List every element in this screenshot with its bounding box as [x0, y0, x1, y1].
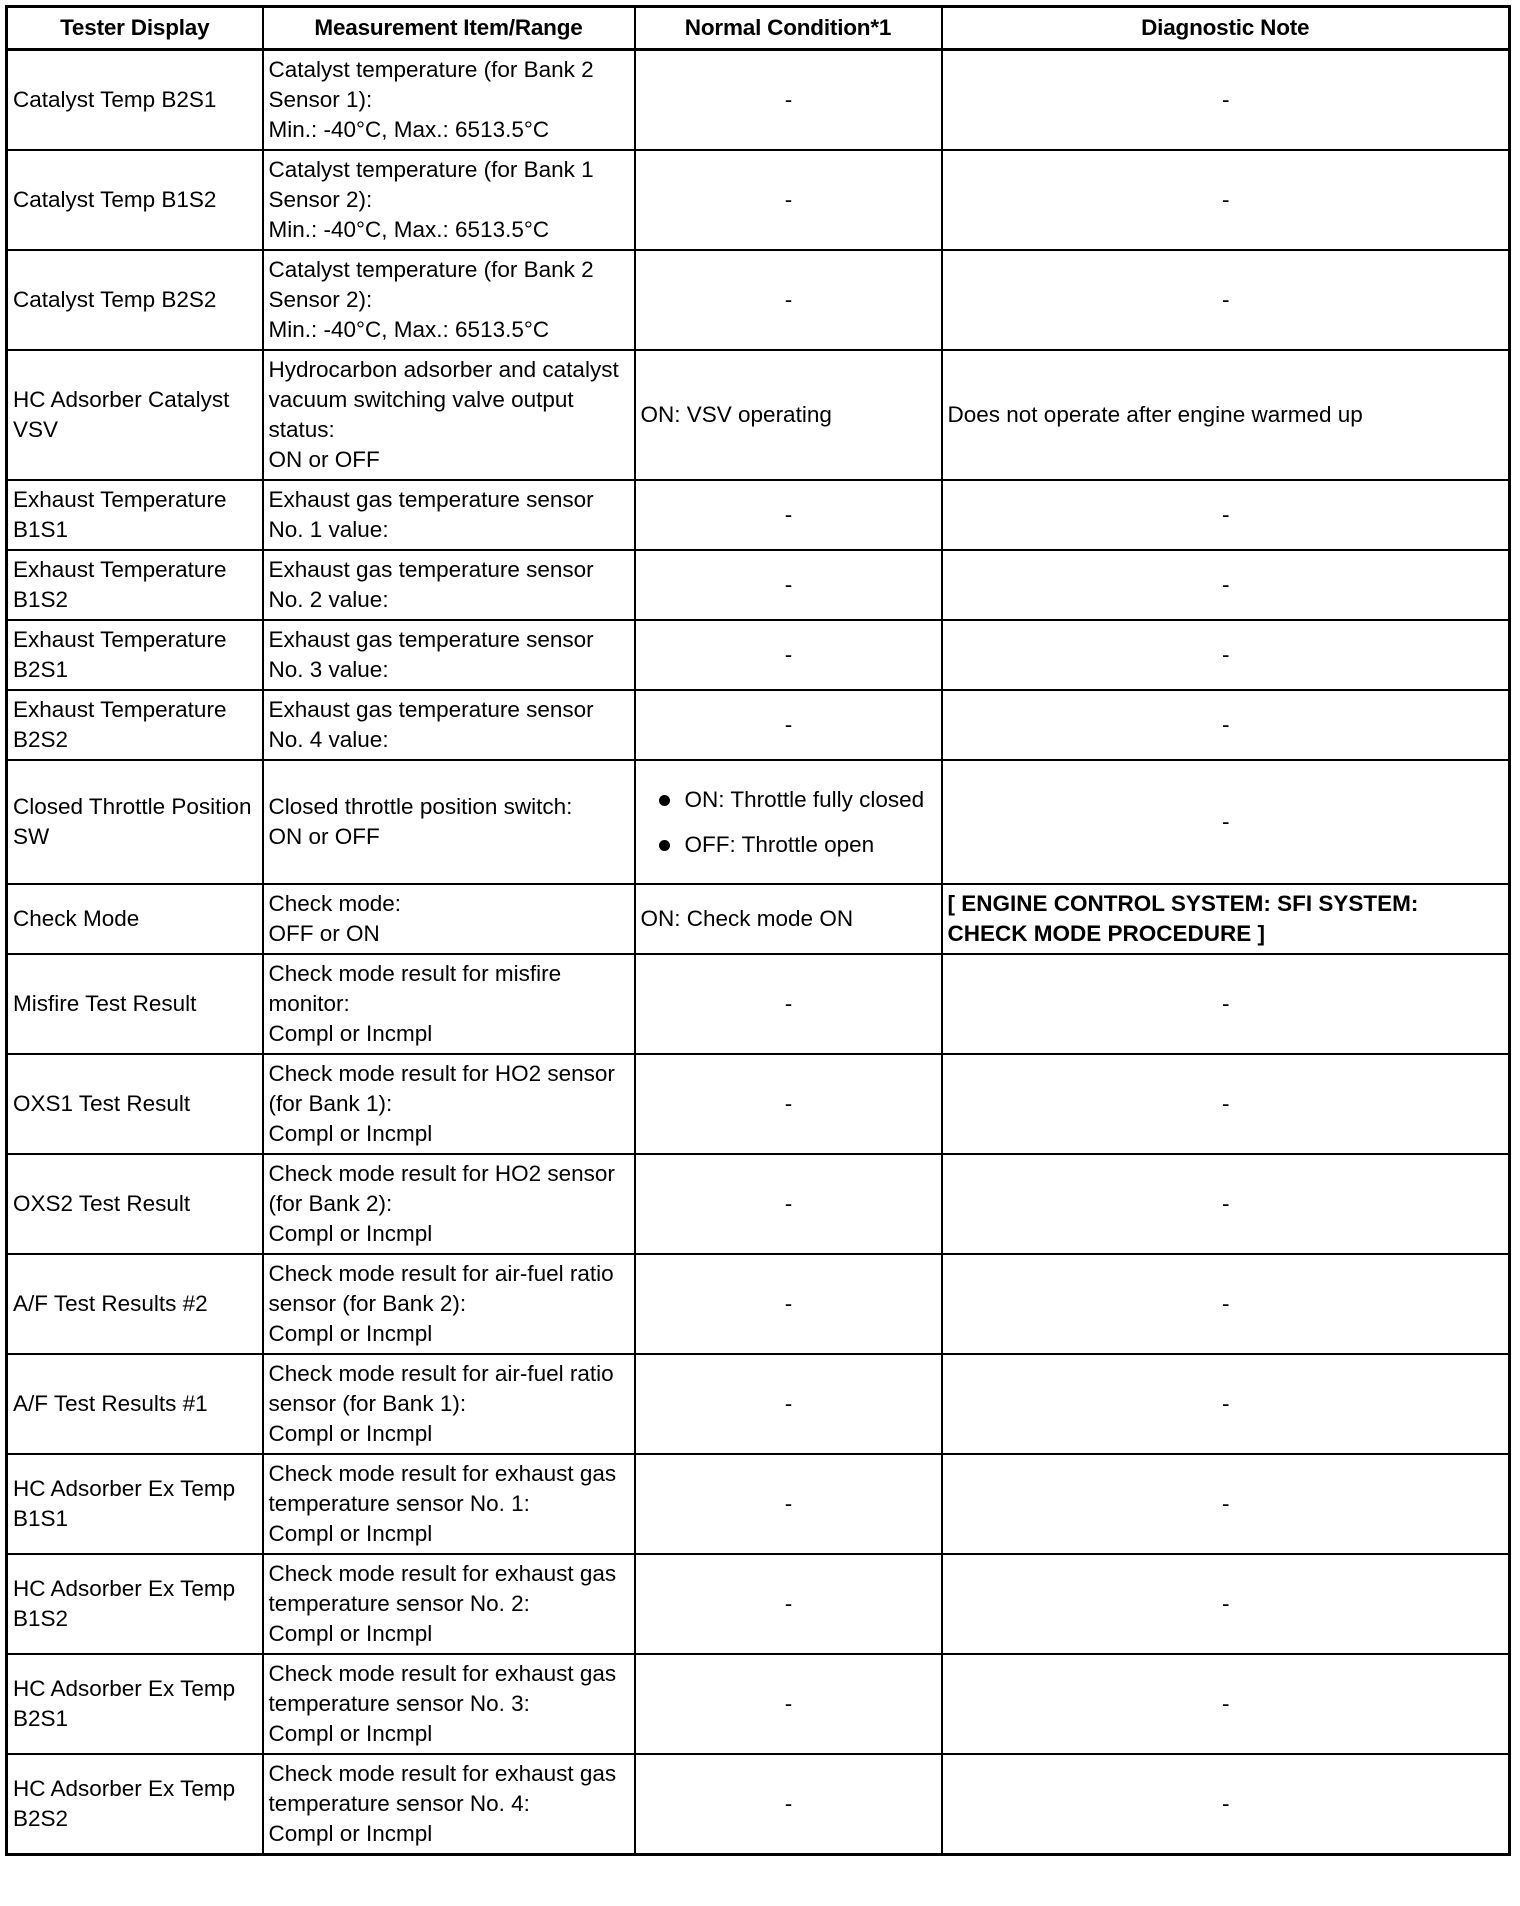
measurement-item-cell: Check mode result for misfire monitor:Co… — [263, 954, 635, 1054]
table-row: HC Adsorber Catalyst VSVHydrocarbon adso… — [7, 350, 1510, 480]
measurement-line: Check mode result for air-fuel ratio sen… — [269, 1359, 630, 1419]
measurement-line: Hydrocarbon adsorber and catalyst vacuum… — [269, 355, 630, 445]
tester-display-cell: Catalyst Temp B2S1 — [7, 50, 263, 151]
normal-condition-cell: - — [635, 150, 942, 250]
measurement-item-cell: Check mode result for exhaust gas temper… — [263, 1654, 635, 1754]
measurement-line: Check mode result for exhaust gas temper… — [269, 1659, 630, 1719]
measurement-line: Exhaust gas temperature sensor No. 3 val… — [269, 625, 630, 685]
measurement-line: Check mode result for HO2 sensor (for Ba… — [269, 1159, 630, 1219]
table-row: HC Adsorber Ex Temp B2S1Check mode resul… — [7, 1654, 1510, 1754]
measurement-item-cell: Check mode result for HO2 sensor (for Ba… — [263, 1054, 635, 1154]
table-row: HC Adsorber Ex Temp B1S1Check mode resul… — [7, 1454, 1510, 1554]
measurement-line: Min.: -40°C, Max.: 6513.5°C — [269, 315, 630, 345]
measurement-line: Exhaust gas temperature sensor No. 4 val… — [269, 695, 630, 755]
table-row: Misfire Test ResultCheck mode result for… — [7, 954, 1510, 1054]
tester-display-cell: HC Adsorber Ex Temp B1S1 — [7, 1454, 263, 1554]
normal-condition-cell: - — [635, 1654, 942, 1754]
table-row: Catalyst Temp B2S1Catalyst temperature (… — [7, 50, 1510, 151]
diagnostic-note-cell: - — [942, 50, 1510, 151]
measurement-line: Compl or Incmpl — [269, 1719, 630, 1749]
normal-condition-cell: - — [635, 1554, 942, 1654]
measurement-line: Exhaust gas temperature sensor No. 2 val… — [269, 555, 630, 615]
table-row: Exhaust Temperature B1S1Exhaust gas temp… — [7, 480, 1510, 550]
normal-condition-cell: - — [635, 1754, 942, 1855]
measurement-line: Min.: -40°C, Max.: 6513.5°C — [269, 215, 630, 245]
normal-condition-cell: - — [635, 954, 942, 1054]
measurement-item-cell: Catalyst temperature (for Bank 2 Sensor … — [263, 50, 635, 151]
list-item: OFF: Throttle open — [685, 830, 937, 860]
tester-display-cell: Check Mode — [7, 884, 263, 954]
table-row: OXS1 Test ResultCheck mode result for HO… — [7, 1054, 1510, 1154]
normal-condition-cell: ON: VSV operating — [635, 350, 942, 480]
diagnostic-note-cell: - — [942, 150, 1510, 250]
tester-display-cell: Exhaust Temperature B1S1 — [7, 480, 263, 550]
measurement-line: Compl or Incmpl — [269, 1219, 630, 1249]
bullet-icon — [659, 795, 670, 806]
table-row: Exhaust Temperature B2S2Exhaust gas temp… — [7, 690, 1510, 760]
measurement-item-cell: Check mode result for air-fuel ratio sen… — [263, 1254, 635, 1354]
measurement-line: Compl or Incmpl — [269, 1319, 630, 1349]
diagnostic-note-cell: - — [942, 760, 1510, 884]
tester-display-cell: Exhaust Temperature B1S2 — [7, 550, 263, 620]
diagnostic-note-cell: - — [942, 1154, 1510, 1254]
measurement-line: Check mode result for exhaust gas temper… — [269, 1559, 630, 1619]
measurement-item-cell: Hydrocarbon adsorber and catalyst vacuum… — [263, 350, 635, 480]
normal-condition-cell: - — [635, 480, 942, 550]
tester-display-cell: OXS1 Test Result — [7, 1054, 263, 1154]
measurement-line: Compl or Incmpl — [269, 1019, 630, 1049]
table-row: A/F Test Results #2Check mode result for… — [7, 1254, 1510, 1354]
bullet-text: ON: Throttle fully closed — [685, 787, 925, 812]
bullet-icon — [659, 840, 670, 851]
measurement-line: Compl or Incmpl — [269, 1819, 630, 1849]
normal-condition-cell: ON: Check mode ON — [635, 884, 942, 954]
tester-display-cell: HC Adsorber Ex Temp B2S1 — [7, 1654, 263, 1754]
tester-display-cell: Catalyst Temp B1S2 — [7, 150, 263, 250]
measurement-item-cell: Check mode result for exhaust gas temper… — [263, 1754, 635, 1855]
measurement-item-cell: Exhaust gas temperature sensor No. 2 val… — [263, 550, 635, 620]
diagnostic-note-cell: - — [942, 1254, 1510, 1354]
table-row: Check ModeCheck mode:OFF or ONON: Check … — [7, 884, 1510, 954]
measurement-item-cell: Check mode result for exhaust gas temper… — [263, 1454, 635, 1554]
measurement-line: ON or OFF — [269, 822, 630, 852]
diagnostic-note-cell: Does not operate after engine warmed up — [942, 350, 1510, 480]
table-row: Catalyst Temp B1S2Catalyst temperature (… — [7, 150, 1510, 250]
measurement-item-cell: Check mode:OFF or ON — [263, 884, 635, 954]
table-row: HC Adsorber Ex Temp B1S2Check mode resul… — [7, 1554, 1510, 1654]
measurement-item-cell: Check mode result for air-fuel ratio sen… — [263, 1354, 635, 1454]
diagnostic-note-cell: - — [942, 1354, 1510, 1454]
diagnostic-note-cell: - — [942, 550, 1510, 620]
measurement-line: Check mode: — [269, 889, 630, 919]
table-row: Exhaust Temperature B1S2Exhaust gas temp… — [7, 550, 1510, 620]
tester-display-cell: OXS2 Test Result — [7, 1154, 263, 1254]
diagnostic-note-cell: - — [942, 954, 1510, 1054]
normal-condition-cell: - — [635, 1454, 942, 1554]
measurement-item-cell: Check mode result for exhaust gas temper… — [263, 1554, 635, 1654]
measurement-line: OFF or ON — [269, 919, 630, 949]
header-measurement-item-range: Measurement Item/Range — [263, 7, 635, 50]
measurement-line: Catalyst temperature (for Bank 1 Sensor … — [269, 155, 630, 215]
tester-display-cell: Exhaust Temperature B2S2 — [7, 690, 263, 760]
measurement-line: Check mode result for misfire monitor: — [269, 959, 630, 1019]
diagnostic-note-cell: - — [942, 1054, 1510, 1154]
normal-condition-list: ON: Throttle fully closedOFF: Throttle o… — [641, 785, 937, 860]
measurement-item-cell: Closed throttle position switch:ON or OF… — [263, 760, 635, 884]
measurement-line: Check mode result for exhaust gas temper… — [269, 1459, 630, 1519]
header-normal-condition: Normal Condition*1 — [635, 7, 942, 50]
table-row: A/F Test Results #1Check mode result for… — [7, 1354, 1510, 1454]
table-row: Catalyst Temp B2S2Catalyst temperature (… — [7, 250, 1510, 350]
table-body: Catalyst Temp B2S1Catalyst temperature (… — [7, 50, 1510, 1855]
tester-display-cell: A/F Test Results #2 — [7, 1254, 263, 1354]
normal-condition-cell: - — [635, 550, 942, 620]
tester-display-cell: HC Adsorber Ex Temp B1S2 — [7, 1554, 263, 1654]
measurement-item-cell: Exhaust gas temperature sensor No. 3 val… — [263, 620, 635, 690]
normal-condition-cell: - — [635, 1154, 942, 1254]
data-list-table: Tester Display Measurement Item/Range No… — [5, 5, 1511, 1856]
measurement-line: Compl or Incmpl — [269, 1619, 630, 1649]
table-header-row: Tester Display Measurement Item/Range No… — [7, 7, 1510, 50]
normal-condition-cell: - — [635, 50, 942, 151]
measurement-line: Check mode result for exhaust gas temper… — [269, 1759, 630, 1819]
measurement-line: Compl or Incmpl — [269, 1419, 630, 1449]
normal-condition-cell: ON: Throttle fully closedOFF: Throttle o… — [635, 760, 942, 884]
diagnostic-note-cell: - — [942, 690, 1510, 760]
table-row: HC Adsorber Ex Temp B2S2Check mode resul… — [7, 1754, 1510, 1855]
tester-display-cell: HC Adsorber Catalyst VSV — [7, 350, 263, 480]
diagnostic-note-cell: - — [942, 1654, 1510, 1754]
diagnostic-note-cell: - — [942, 1554, 1510, 1654]
list-item: ON: Throttle fully closed — [685, 785, 937, 815]
measurement-line: Compl or Incmpl — [269, 1119, 630, 1149]
table-row: OXS2 Test ResultCheck mode result for HO… — [7, 1154, 1510, 1254]
measurement-line: Catalyst temperature (for Bank 2 Sensor … — [269, 255, 630, 315]
measurement-line: ON or OFF — [269, 445, 630, 475]
diagnostic-note-cell: - — [942, 1754, 1510, 1855]
measurement-item-cell: Exhaust gas temperature sensor No. 4 val… — [263, 690, 635, 760]
measurement-item-cell: Exhaust gas temperature sensor No. 1 val… — [263, 480, 635, 550]
diagnostic-note-cell: - — [942, 1454, 1510, 1554]
normal-condition-cell: - — [635, 250, 942, 350]
measurement-line: Exhaust gas temperature sensor No. 1 val… — [269, 485, 630, 545]
normal-condition-cell: - — [635, 1354, 942, 1454]
tester-display-cell: HC Adsorber Ex Temp B2S2 — [7, 1754, 263, 1855]
measurement-line: Check mode result for air-fuel ratio sen… — [269, 1259, 630, 1319]
normal-condition-cell: - — [635, 690, 942, 760]
measurement-line: Compl or Incmpl — [269, 1519, 630, 1549]
diagnostic-note-cell: - — [942, 620, 1510, 690]
tester-display-cell: Closed Throttle Position SW — [7, 760, 263, 884]
header-tester-display: Tester Display — [7, 7, 263, 50]
diagnostic-note-cell: [ ENGINE CONTROL SYSTEM: SFI SYSTEM: CHE… — [942, 884, 1510, 954]
measurement-line: Min.: -40°C, Max.: 6513.5°C — [269, 115, 630, 145]
table-row: Closed Throttle Position SWClosed thrott… — [7, 760, 1510, 884]
measurement-item-cell: Check mode result for HO2 sensor (for Ba… — [263, 1154, 635, 1254]
tester-display-cell: Exhaust Temperature B2S1 — [7, 620, 263, 690]
measurement-line: Check mode result for HO2 sensor (for Ba… — [269, 1059, 630, 1119]
table-row: Exhaust Temperature B2S1Exhaust gas temp… — [7, 620, 1510, 690]
tester-display-cell: A/F Test Results #1 — [7, 1354, 263, 1454]
diagnostic-note-cell: - — [942, 250, 1510, 350]
normal-condition-cell: - — [635, 1254, 942, 1354]
measurement-line: Catalyst temperature (for Bank 2 Sensor … — [269, 55, 630, 115]
measurement-item-cell: Catalyst temperature (for Bank 2 Sensor … — [263, 250, 635, 350]
header-diagnostic-note: Diagnostic Note — [942, 7, 1510, 50]
normal-condition-cell: - — [635, 620, 942, 690]
tester-display-cell: Catalyst Temp B2S2 — [7, 250, 263, 350]
measurement-line: Closed throttle position switch: — [269, 792, 630, 822]
tester-display-cell: Misfire Test Result — [7, 954, 263, 1054]
normal-condition-cell: - — [635, 1054, 942, 1154]
bullet-text: OFF: Throttle open — [685, 832, 875, 857]
measurement-item-cell: Catalyst temperature (for Bank 1 Sensor … — [263, 150, 635, 250]
check-mode-procedure-link[interactable]: [ ENGINE CONTROL SYSTEM: SFI SYSTEM: CHE… — [948, 891, 1419, 946]
diagnostic-note-cell: - — [942, 480, 1510, 550]
